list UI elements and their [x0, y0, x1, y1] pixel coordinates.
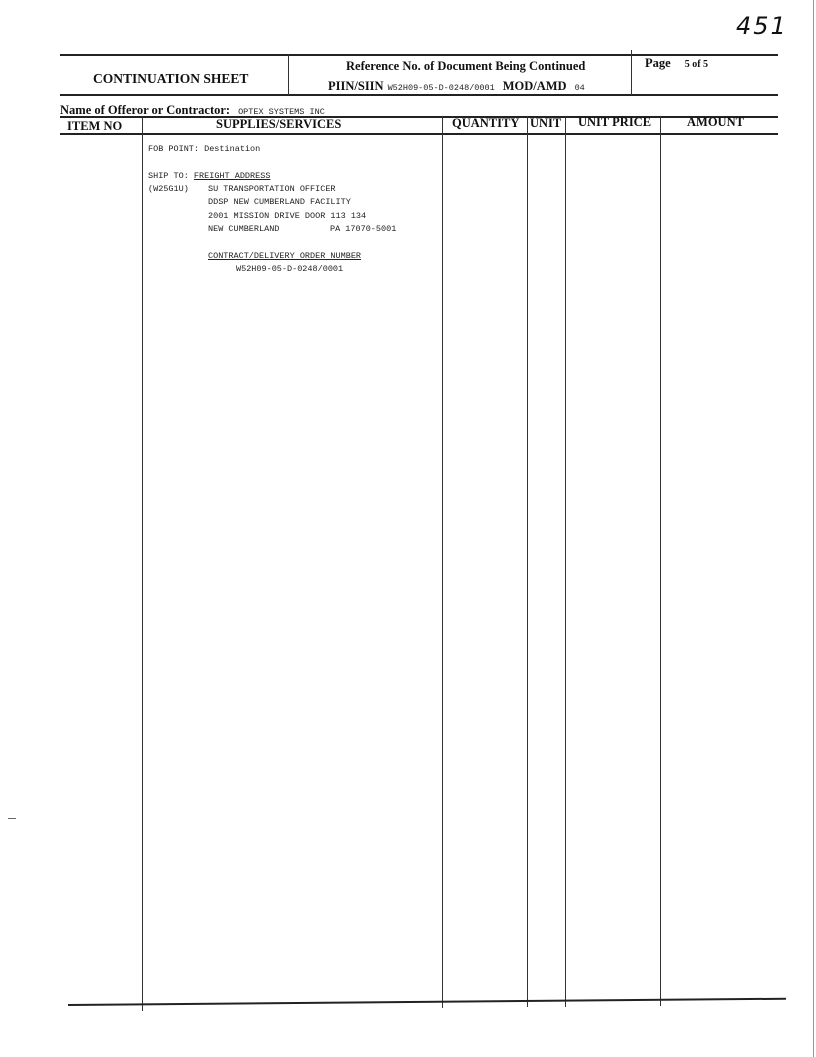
column-header-amount: AMOUNT [687, 115, 744, 130]
page-label: Page [645, 56, 671, 70]
piin-row: PIIN/SIIN W52H09-05-D-0248/0001 MOD/AMD … [328, 77, 585, 95]
piin-value: W52H09-05-D-0248/0001 [388, 83, 495, 93]
address-city: NEW CUMBERLAND [208, 224, 279, 234]
column-divider-quantity [527, 116, 528, 1007]
column-divider-item [142, 116, 143, 1011]
ship-to-label: SHIP TO: [148, 171, 189, 181]
piin-label: PIIN/SIIN [328, 79, 384, 93]
column-header-quantity: QUANTITY [452, 116, 519, 131]
mod-label: MOD/AMD [503, 79, 567, 93]
page-number: Page 5 of 5 [645, 54, 708, 72]
columns-bottom-rule [60, 133, 778, 135]
reference-label: Reference No. of Document Being Continue… [346, 59, 585, 74]
address-line-2: DDSP NEW CUMBERLAND FACILITY [208, 197, 351, 207]
ship-to-row: SHIP TO: FREIGHT ADDRESS [148, 171, 270, 181]
column-divider-supplies [442, 116, 443, 1008]
address-line-1: SU TRANSPORTATION OFFICER [208, 184, 336, 194]
page-value: 5 of 5 [685, 59, 708, 70]
address-state-zip: PA 17070-5001 [330, 224, 396, 234]
column-divider-unit [565, 116, 566, 1007]
fob-point: FOB POINT: Destination [148, 144, 260, 154]
order-heading: CONTRACT/DELIVERY ORDER NUMBER [208, 251, 361, 261]
page-title: CONTINUATION SHEET [93, 71, 248, 87]
column-header-unit: UNIT [530, 116, 561, 131]
column-header-unit-price: UNIT PRICE [578, 115, 651, 130]
ship-code: (W25G1U) [148, 184, 189, 194]
header-divider-2 [631, 50, 632, 95]
address-line-3: 2001 MISSION DRIVE DOOR 113 134 [208, 211, 366, 221]
scan-edge-mark [8, 818, 16, 819]
columns-top-rule [60, 116, 778, 118]
scan-right-border [813, 0, 814, 1057]
handwritten-page-mark: 451 [736, 12, 788, 40]
offeror-label: Name of Offeror or Contractor: [60, 103, 230, 117]
column-divider-price [660, 116, 661, 1006]
order-number: W52H09-05-D-0248/0001 [236, 264, 343, 274]
header-divider-1 [288, 54, 289, 95]
column-header-supplies: SUPPLIES/SERVICES [216, 117, 341, 132]
bottom-rule [68, 998, 786, 1006]
mod-value: 04 [575, 83, 585, 93]
ship-to-heading: FREIGHT ADDRESS [194, 171, 271, 181]
column-header-item-no: ITEM NO [67, 119, 122, 134]
